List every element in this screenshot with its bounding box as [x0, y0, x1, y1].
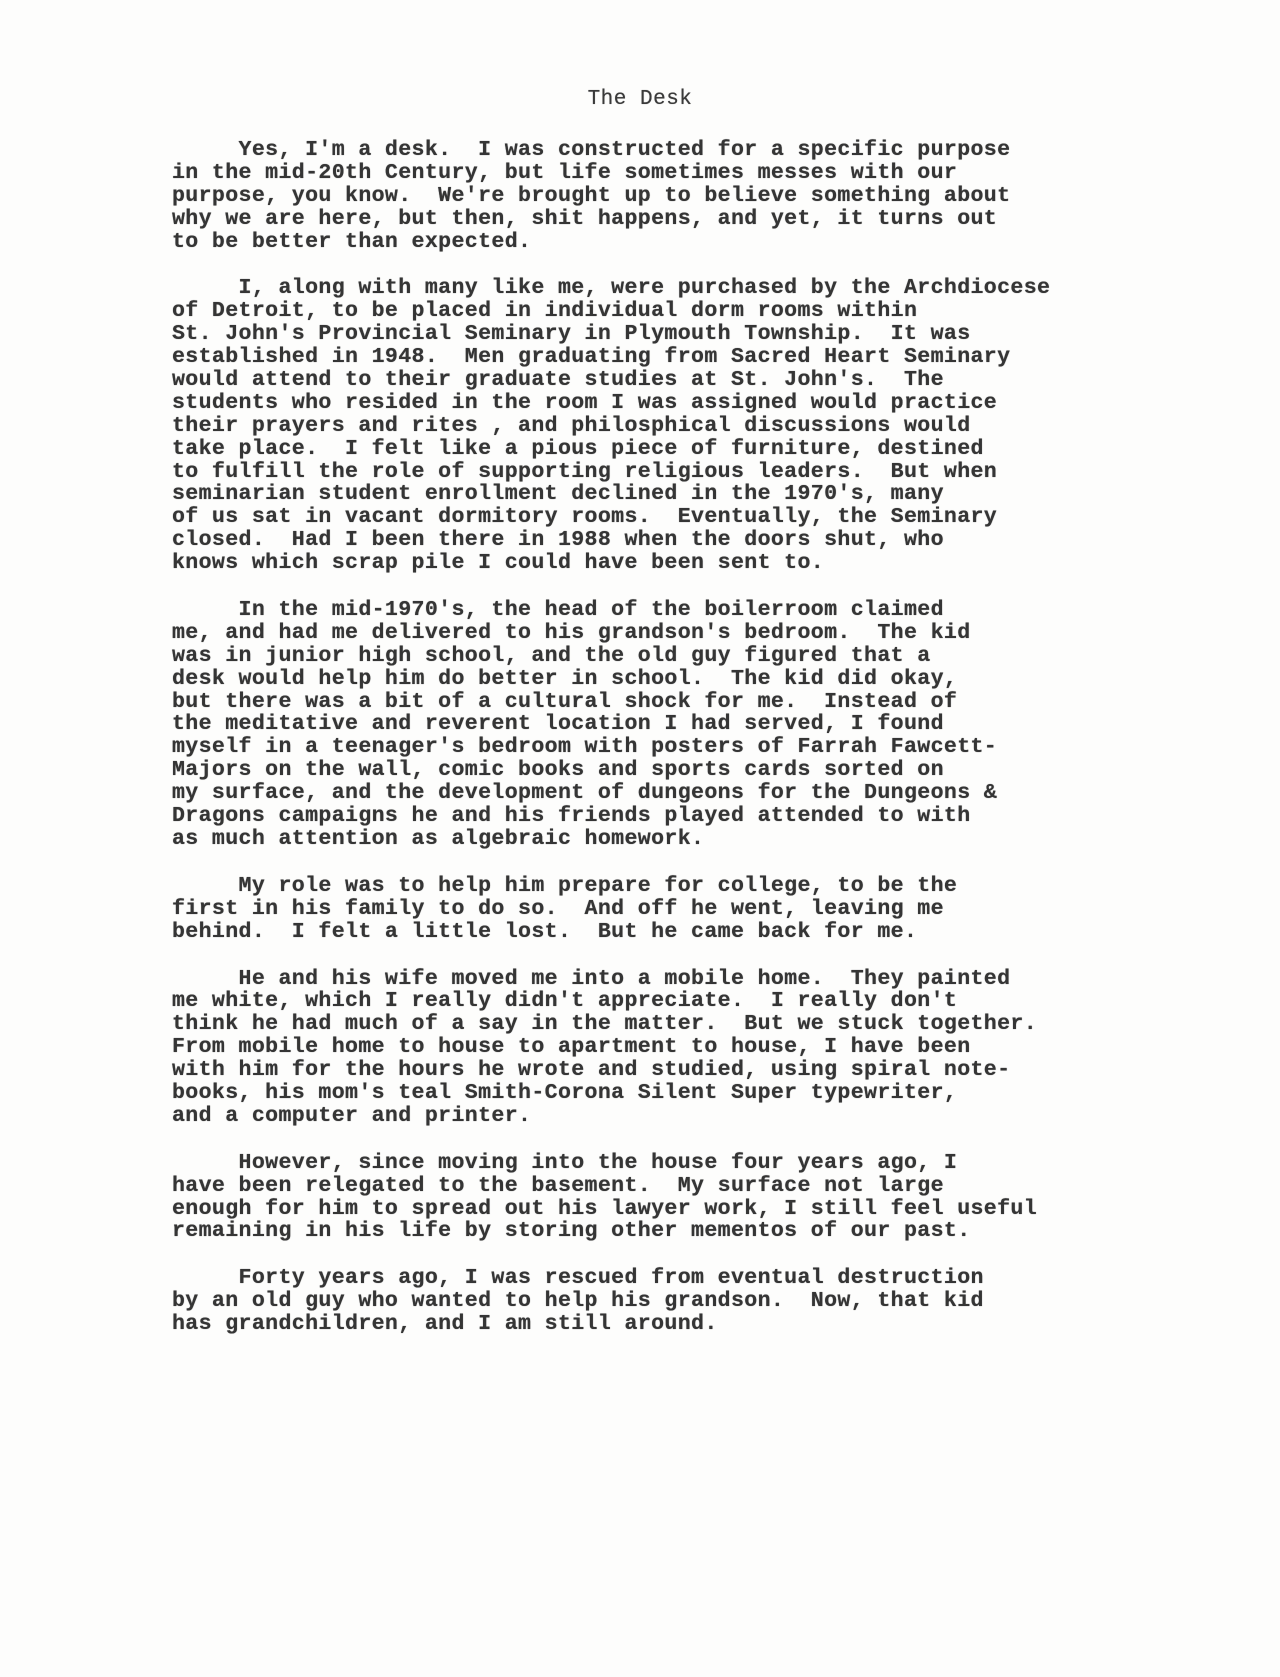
- text-line: think he had much of a say in the matter…: [172, 1013, 1272, 1036]
- text-line: take place. I felt like a pious piece of…: [172, 438, 1272, 461]
- text-line: enough for him to spread out his lawyer …: [172, 1198, 1272, 1221]
- text-line: to be better than expected.: [172, 231, 1272, 254]
- text-line: Forty years ago, I was rescued from even…: [172, 1267, 1272, 1290]
- text-line: was in junior high school, and the old g…: [172, 645, 1272, 668]
- paragraph: However, since moving into the house fou…: [172, 1152, 1272, 1244]
- text-line: of us sat in vacant dormitory rooms. Eve…: [172, 506, 1272, 529]
- text-line: remaining in his life by storing other m…: [172, 1220, 1272, 1243]
- page-title: The Desk: [0, 88, 1280, 111]
- paragraph: I, along with many like me, were purchas…: [172, 277, 1272, 575]
- text-line: me, and had me delivered to his grandson…: [172, 622, 1272, 645]
- text-line: Yes, I'm a desk. I was constructed for a…: [172, 139, 1272, 162]
- text-line: Dragons campaigns he and his friends pla…: [172, 805, 1272, 828]
- text-line: the meditative and reverent location I h…: [172, 713, 1272, 736]
- text-line: myself in a teenager's bedroom with post…: [172, 736, 1272, 759]
- text-line: My role was to help him prepare for coll…: [172, 875, 1272, 898]
- text-line: desk would help him do better in school.…: [172, 668, 1272, 691]
- paragraph: He and his wife moved me into a mobile h…: [172, 968, 1272, 1128]
- document-body: Yes, I'm a desk. I was constructed for a…: [172, 139, 1272, 1360]
- text-line: would attend to their graduate studies a…: [172, 369, 1272, 392]
- text-line: From mobile home to house to apartment t…: [172, 1036, 1272, 1059]
- text-line: their prayers and rites , and philosphic…: [172, 415, 1272, 438]
- text-line: Majors on the wall, comic books and spor…: [172, 759, 1272, 782]
- paragraph: Forty years ago, I was rescued from even…: [172, 1267, 1272, 1336]
- text-line: seminarian student enrollment declined i…: [172, 483, 1272, 506]
- text-line: have been relegated to the basement. My …: [172, 1175, 1272, 1198]
- paragraph: In the mid-1970's, the head of the boile…: [172, 599, 1272, 851]
- text-line: by an old guy who wanted to help his gra…: [172, 1290, 1272, 1313]
- text-line: I, along with many like me, were purchas…: [172, 277, 1272, 300]
- paragraph: My role was to help him prepare for coll…: [172, 875, 1272, 944]
- text-line: books, his mom's teal Smith-Corona Silen…: [172, 1082, 1272, 1105]
- text-line: behind. I felt a little lost. But he cam…: [172, 921, 1272, 944]
- text-line: in the mid-20th Century, but life someti…: [172, 162, 1272, 185]
- text-line: purpose, you know. We're brought up to b…: [172, 185, 1272, 208]
- text-line: why we are here, but then, shit happens,…: [172, 208, 1272, 231]
- text-line: of Detroit, to be placed in individual d…: [172, 300, 1272, 323]
- text-line: St. John's Provincial Seminary in Plymou…: [172, 323, 1272, 346]
- text-line: In the mid-1970's, the head of the boile…: [172, 599, 1272, 622]
- text-line: first in his family to do so. And off he…: [172, 898, 1272, 921]
- typewritten-page: The Desk Yes, I'm a desk. I was construc…: [0, 0, 1280, 1677]
- text-line: However, since moving into the house fou…: [172, 1152, 1272, 1175]
- text-line: me white, which I really didn't apprecia…: [172, 990, 1272, 1013]
- text-line: my surface, and the development of dunge…: [172, 782, 1272, 805]
- text-line: but there was a bit of a cultural shock …: [172, 691, 1272, 714]
- paragraph: Yes, I'm a desk. I was constructed for a…: [172, 139, 1272, 253]
- text-line: as much attention as algebraic homework.: [172, 828, 1272, 851]
- text-line: He and his wife moved me into a mobile h…: [172, 968, 1272, 991]
- text-line: to fulfill the role of supporting religi…: [172, 461, 1272, 484]
- text-line: knows which scrap pile I could have been…: [172, 552, 1272, 575]
- text-line: with him for the hours he wrote and stud…: [172, 1059, 1272, 1082]
- text-line: and a computer and printer.: [172, 1105, 1272, 1128]
- text-line: students who resided in the room I was a…: [172, 392, 1272, 415]
- text-line: has grandchildren, and I am still around…: [172, 1313, 1272, 1336]
- text-line: established in 1948. Men graduating from…: [172, 346, 1272, 369]
- text-line: closed. Had I been there in 1988 when th…: [172, 529, 1272, 552]
